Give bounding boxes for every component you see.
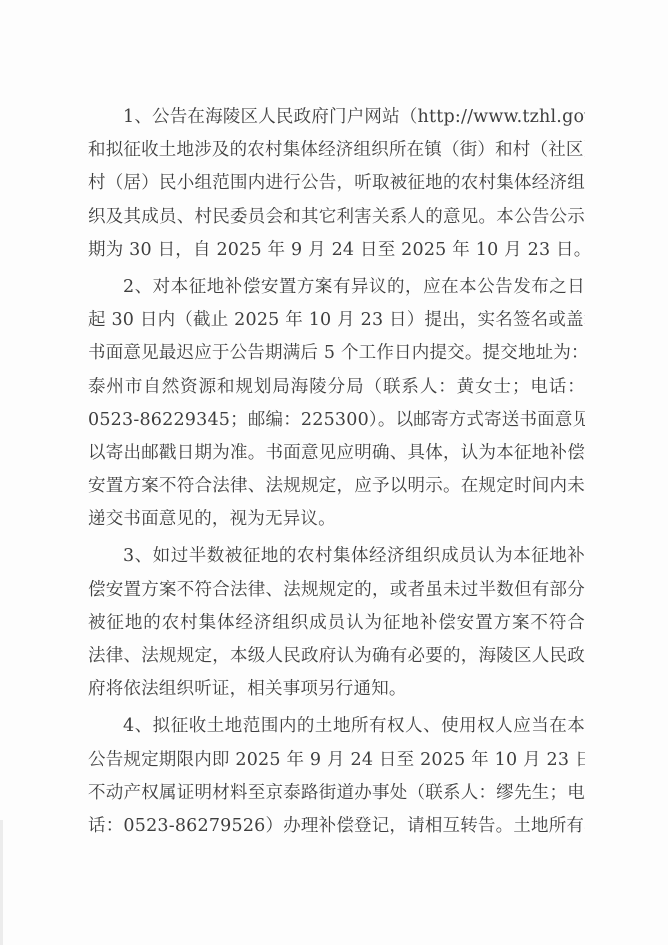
text-line: 不动产权属证明材料至京泰路街道办事处（联系人：缪先生；电 [88,777,585,810]
text-line: 偿安置方案不符合法律、法规规定的，或者虽未过半数但有部分 [88,574,585,607]
text-line: 泰州市自然资源和规划局海陵分局（联系人：黄女士；电话： [88,371,585,404]
text-line: 府将依法组织听证，相关事项另行通知。 [88,673,585,706]
text-line: 被征地的农村集体经济组织成员认为征地补偿安置方案不符合 [88,607,585,640]
text-line: 安置方案不符合法律、法规规定，应予以明示。在规定时间内未 [88,470,585,503]
text-line: 话：0523-86279526）办理补偿登记，请相互转告。土地所有权 [88,810,585,843]
paragraph-3: 3、如过半数被征地的农村集体经济组织成员认为本征地补 偿安置方案不符合法律、法规… [88,540,585,706]
text-line: 2、对本征地补偿安置方案有异议的，应在本公告发布之日 [88,271,585,304]
paragraph-2: 2、对本征地补偿安置方案有异议的，应在本公告发布之日 起 30 日内（截止 20… [88,271,585,537]
document-page: 1、公告在海陵区人民政府门户网站（http://www.tzhl.gov.cn/… [0,0,668,945]
text-line: 以寄出邮戳日期为准。书面意见应明确、具体，认为本征地补偿 [88,437,585,470]
text-line: 和拟征收土地涉及的农村集体经济组织所在镇（街）和村（社区）、 [88,134,585,167]
announcement-body: 1、公告在海陵区人民政府门户网站（http://www.tzhl.gov.cn/… [88,101,585,843]
text-line: 递交书面意见的，视为无异议。 [88,503,585,536]
paragraph-4: 4、拟征收土地范围内的土地所有权人、使用权人应当在本 公告规定期限内即 2025… [88,710,585,843]
text-line: 期为 30 日，自 2025 年 9 月 24 日至 2025 年 10 月 2… [88,234,585,267]
text-line: 0523-86229345；邮编：225300）。以邮寄方式寄送书面意见的 [88,404,585,437]
text-line: 起 30 日内（截止 2025 年 10 月 23 日）提出，实名签名或盖章的 [88,304,585,337]
text-line: 公告规定期限内即 2025 年 9 月 24 日至 2025 年 10 月 23… [88,744,585,777]
text-line: 织及其成员、村民委员会和其它利害关系人的意见。本公告公示 [88,201,585,234]
text-line: 法律、法规规定，本级人民政府认为确有必要的，海陵区人民政 [88,640,585,673]
text-line: 1、公告在海陵区人民政府门户网站（http://www.tzhl.gov.cn/… [88,101,585,134]
paragraph-1: 1、公告在海陵区人民政府门户网站（http://www.tzhl.gov.cn/… [88,101,585,267]
text-line: 4、拟征收土地范围内的土地所有权人、使用权人应当在本 [88,710,585,743]
text-line: 3、如过半数被征地的农村集体经济组织成员认为本征地补 [88,540,585,573]
text-line: 村（居）民小组范围内进行公告，听取被征地的农村集体经济组 [88,167,585,200]
text-line: 书面意见最迟应于公告期满后 5 个工作日内提交。提交地址为： [88,337,585,370]
